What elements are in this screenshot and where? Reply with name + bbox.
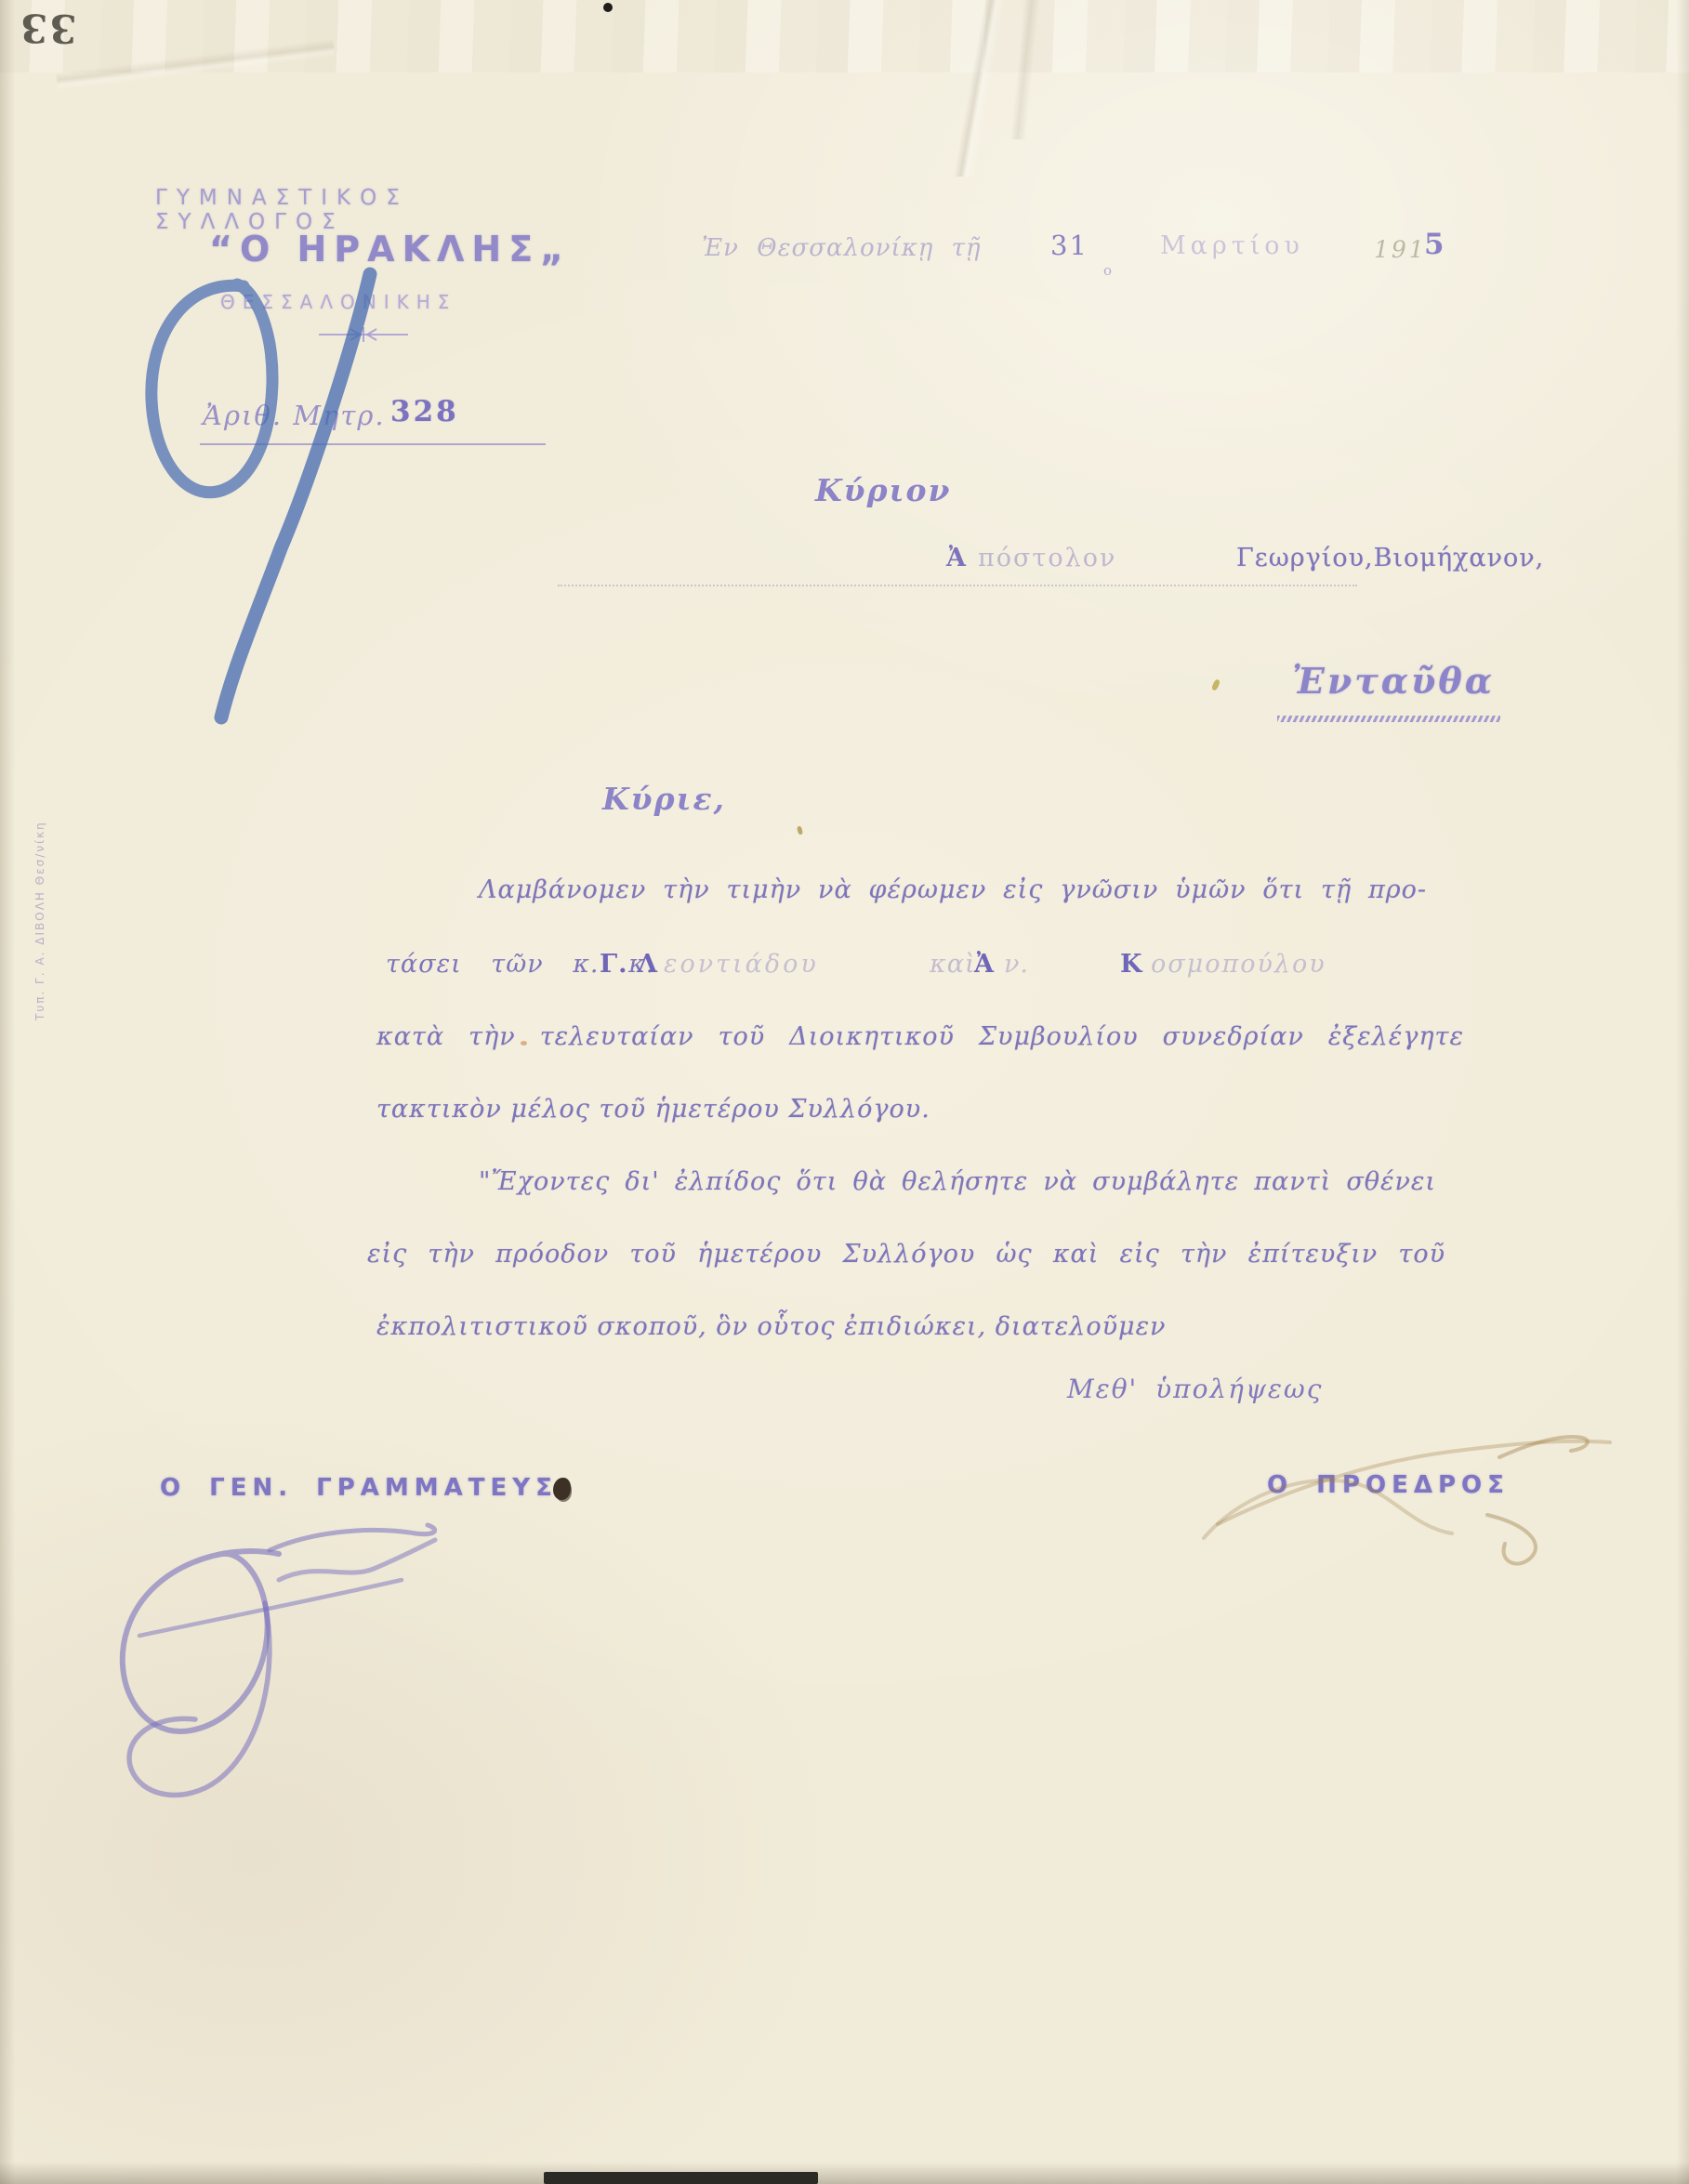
ink-dot [603,3,613,12]
letterhead-club-type: ΓΥΜΝΑΣΤΙΚΟΣ ΣΥΛΛΟΓΟΣ [155,186,592,234]
paper-edge-shadow-bottom [0,2162,1689,2184]
paper-edge-shadow-right [1676,0,1689,2184]
body-salutation: Κύριε, [602,781,726,817]
paper-speck [1211,678,1221,691]
body-line2-name2-initial: Ἀ [974,950,995,979]
body-line: ἐκπολιτιστικοῦ σκοποῦ, ὃν οὗτος ἐπιδιώκε… [376,1312,1166,1341]
recipient-name-initial: Ἀ [946,544,967,572]
registry-rule [200,443,546,445]
body-closing-formula: Μεθ' ὑπολήψεως [1067,1374,1323,1404]
printer-imprint: Τυπ. Γ. Α. ΔΙΒΟΛΗ Θεσ/νίκη [33,797,46,1020]
recipient-location: Ἐνταῦθα [1292,660,1495,702]
letterhead-club-name: “Ο ΗΡΑΚΛΗΣ„ [209,229,581,270]
registry-number-value: 328 [390,395,459,428]
scan-background-strip [544,2172,818,2184]
paper-speck [797,826,803,835]
scanned-letter-page: 33 ΓΥΜΝΑΣΤΙΚΟΣ ΣΥΛΛΟΓΟΣ “Ο ΗΡΑΚΛΗΣ„ ΘΕΣΣ… [0,0,1689,2184]
handwriting-overlay [0,0,1689,2184]
recipient-dotted-rule [558,585,1357,586]
president-signature [1204,1437,1610,1564]
body-line2-name2-surname-faded: οσμοπούλου [1151,950,1326,979]
body-line2-conjunction: καὶ [930,950,976,979]
body-line2-name2-faded: ν. [1004,950,1029,979]
body-line2-name1-faded: εοντιάδου [664,950,819,979]
letterhead-divider-ornament [319,325,408,344]
body-line2-name2-surname-initial: Κ [1120,950,1142,979]
letterhead-city: ΘΕΣΣΑΛΟΝΙΚΗΣ [220,291,481,313]
body-line: "Ἔχοντες δι' ἐλπίδος ὅτι θὰ θελήσητε νὰ … [479,1167,1436,1196]
registry-number-label: Ἀριθ. Μητρ. [203,400,386,431]
recipient-name-faded: πόστολον [978,544,1116,572]
dateline-month: Μαρτίου [1160,231,1304,260]
paper-crease-right [996,0,1052,139]
paper-edge-shadow-left [0,0,15,2184]
body-line: εἰς τὴν πρόοδον τοῦ ἡμετέρου Συλλόγου ὡς… [367,1240,1445,1269]
recipient-name-rest: Γεωργίου,Βιομήχανον, [1236,544,1544,572]
president-title-stamp: Ο ΠΡΟΕΔΡΟΣ [1267,1471,1510,1499]
body-line: τακτικὸν μέλος τοῦ ἡμετέρου Συλλόγου. [376,1095,930,1124]
secretary-signature [123,1525,435,1795]
body-line2-name1-initial: Γ. Λ [600,950,658,979]
secretary-title-stamp: Ο ΓΕΝ. ΓΡΑΜΜΑΤΕΥΣ [160,1474,558,1502]
paper-crease-right [948,0,1004,177]
dateline-day-suffix: ο [1103,262,1112,279]
body-line: κατὰ τὴν τελευταίαν τοῦ Διοικητικοῦ Συμβ… [376,1022,1464,1051]
dateline-place: Ἐν Θεσσαλονίκῃ τῇ [702,234,982,262]
archive-page-number: 33 [19,5,77,51]
dateline-year-printed: 191 [1374,236,1427,263]
dateline-day: 31 [1050,230,1089,261]
recipient-location-underline [1277,716,1500,722]
dateline-year-typed-digit: 5 [1424,228,1445,261]
body-line: Λαμβάνομεν τὴν τιμὴν νὰ φέρωμεν εἰς γνῶσ… [479,875,1427,904]
recipient-honorific: Κύριον [815,472,951,508]
